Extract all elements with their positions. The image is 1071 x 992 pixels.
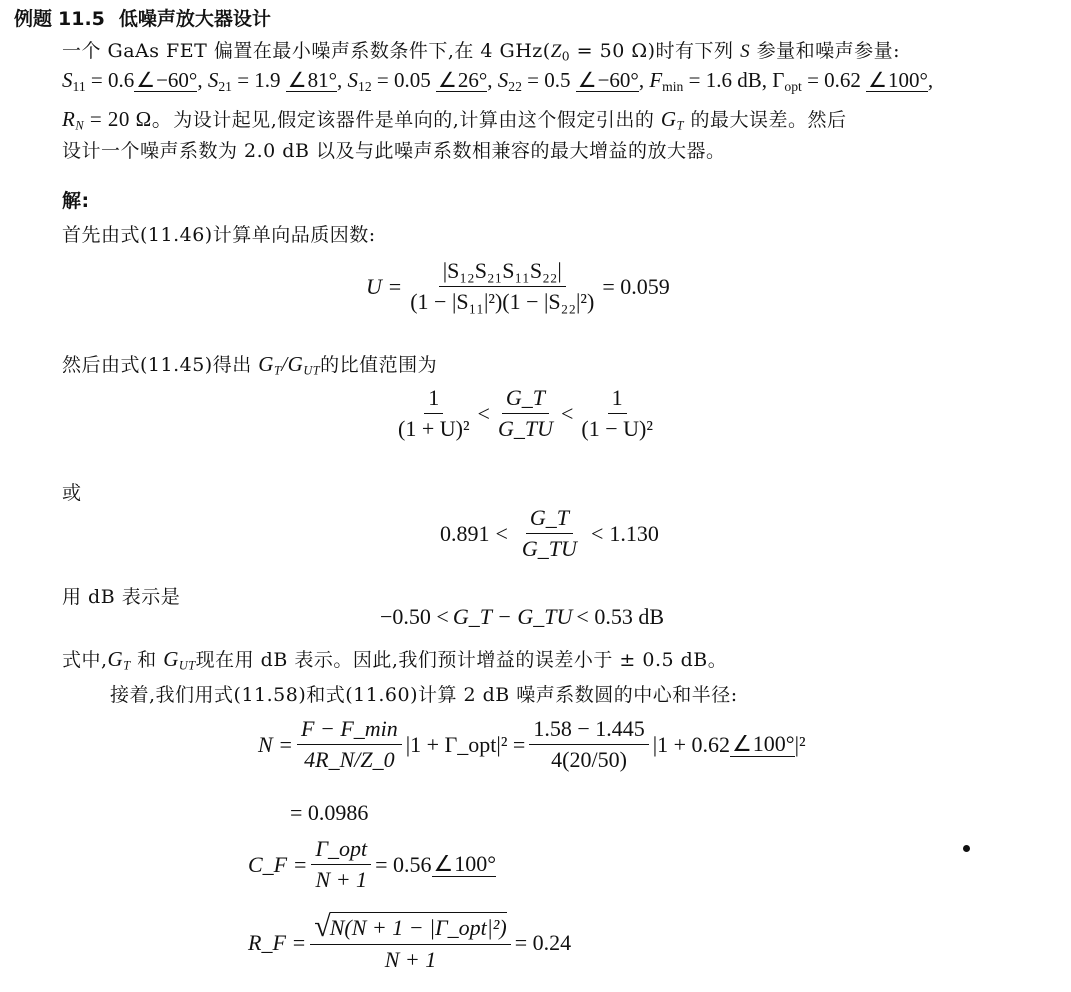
gamma-sub: opt <box>784 79 801 94</box>
cf-num: Γ_opt <box>311 836 371 865</box>
gt-symbol: G <box>258 352 274 376</box>
gain-ratio-fraction: G_T G_TU <box>518 505 581 562</box>
s22-mag: = 0.5 <box>522 68 576 92</box>
problem-text: 参量和噪声参量: <box>750 40 900 62</box>
db-expr: G_T − G_TU <box>453 604 573 630</box>
s11-mag: = 0.6 <box>86 68 135 92</box>
s11-sub: 11 <box>73 79 86 94</box>
n-result: = 0.0986 <box>290 800 368 826</box>
u-result: = 0.059 <box>602 274 669 300</box>
gt-sub: T <box>123 659 130 673</box>
rn-value: = 20 Ω。 <box>84 107 173 131</box>
problem-text: 为设计起见,假定该器件是单向的,计算由这个假定引出的 <box>173 109 661 131</box>
gamma-opt-param: Γopt = 0.62 100° <box>772 68 928 92</box>
rf-num: N(N + 1 − |Γ_opt|²) <box>330 912 507 942</box>
less-than: < <box>496 521 508 547</box>
rn-sub: N <box>75 119 84 133</box>
db-high: < 0.53 dB <box>576 604 664 630</box>
n-fraction-2: 1.58 − 1.445 4(20/50) <box>529 716 648 773</box>
db-intro: 用 dB 表示是 <box>62 582 180 609</box>
s12-sub: 12 <box>358 79 372 94</box>
rf-fraction: √N(N + 1 − |Γ_opt|²) N + 1 <box>310 912 510 973</box>
example-number: 11.5 <box>58 8 105 30</box>
gut-sub: UT <box>303 364 320 378</box>
cf-angle: 100° <box>432 852 497 876</box>
rf-den: N + 1 <box>381 945 441 973</box>
gt-symbol: G <box>661 107 677 131</box>
fmin-symbol: F <box>649 68 662 92</box>
upper-value: 1.130 <box>609 521 659 547</box>
or-label: 或 <box>62 478 82 505</box>
problem-text: 的最大误差。然后 <box>684 109 847 131</box>
example-label: 例题 <box>14 8 52 30</box>
gut-sub: UT <box>179 659 196 673</box>
gain-den: G_TU <box>494 414 557 442</box>
gain-ratio-fraction: G_T G_TU <box>494 385 557 442</box>
s21-sub: 21 <box>218 79 232 94</box>
z0-subscript: 0 <box>562 50 570 64</box>
gamma-mag: = 0.62 <box>802 68 866 92</box>
lower-value: 0.891 <box>440 521 490 547</box>
solution-step-2: 然后由式(11.45)得出 GT/GUT的比值范围为 <box>62 350 437 379</box>
fmin-value: = 1.6 dB <box>683 68 761 92</box>
problem-text: = 50 Ω)时有下列 <box>570 40 740 62</box>
n-tail-end: |² <box>795 732 806 758</box>
n-frac1-num: F − F_min <box>297 716 402 745</box>
less-than: < <box>591 521 603 547</box>
lower-bound-fraction: 1 (1 + U)² <box>394 385 474 442</box>
problem-line-4: 设计一个噪声系数为 2.0 dB 以及与此噪声系数相兼容的最大增益的放大器。 <box>62 136 725 163</box>
s12-mag: = 0.05 <box>372 68 436 92</box>
cf-den: N + 1 <box>312 865 372 893</box>
s12-angle: 26° <box>436 69 487 92</box>
n-tail-angle: 100° <box>730 732 795 756</box>
stray-dot-mark <box>963 845 970 852</box>
rf-lhs: R_F = <box>248 930 306 956</box>
n-tail: |1 + 0.62 <box>653 732 730 758</box>
s11-symbol: S <box>62 68 73 92</box>
s22-sub: 22 <box>508 79 522 94</box>
solution-step-1: 首先由式(11.46)计算单向品质因数: <box>62 220 376 247</box>
u-denominator: (1 − |S₁₁|²)(1 − |S₂₂|²) <box>406 287 598 315</box>
s22-param: S22 = 0.5 −60° <box>498 68 639 92</box>
gt-symbol: G <box>108 647 124 671</box>
s21-mag: = 1.9 <box>232 68 286 92</box>
fmin-param: Fmin = 1.6 dB <box>649 68 761 92</box>
n-frac2-num: 1.58 − 1.445 <box>529 716 648 745</box>
u-numerator: |S₁₂S₂₁S₁₁S₂₂| <box>439 258 566 287</box>
rf-equation: R_F = √N(N + 1 − |Γ_opt|²) N + 1 = 0.24 <box>248 912 571 973</box>
sqrt-icon: √ <box>314 912 330 942</box>
note-text: 式中, <box>62 649 108 671</box>
note-text: 和 <box>131 649 164 671</box>
gut-symbol: G <box>163 647 179 671</box>
s11-angle: −60° <box>134 69 197 92</box>
upper-num: 1 <box>608 385 627 414</box>
problem-line-1: 一个 GaAs FET 偏置在最小噪声系数条件下,在 4 GHz(Z0 = 50… <box>62 36 900 64</box>
example-title: 低噪声放大器设计 <box>119 8 271 30</box>
s21-symbol: S <box>208 68 219 92</box>
db-range: −0.50 < G_T − G_TU < 0.53 dB <box>380 604 664 630</box>
rn-symbol: R <box>62 107 75 131</box>
s12-symbol: S <box>348 68 359 92</box>
cf-equation: C_F = Γ_opt N + 1 = 0.56100° <box>248 836 496 893</box>
n-lhs: N = <box>258 732 293 758</box>
upper-den: (1 − U)² <box>577 414 657 442</box>
fmin-sub: min <box>662 79 683 94</box>
gain-num: G_T <box>502 385 549 414</box>
note-line: 式中,GT 和 GUT现在用 dB 表示。因此,我们预计增益的误差小于 ± 0.… <box>62 645 727 674</box>
gamma-angle: 100° <box>866 69 928 92</box>
n-equation: N = F − F_min 4R_N/Z_0 |1 + Γ_opt|² = 1.… <box>258 716 806 773</box>
s21-param: S21 = 1.9 81° <box>208 68 337 92</box>
n-fraction-1: F − F_min 4R_N/Z_0 <box>297 716 402 773</box>
less-than: < <box>478 401 490 427</box>
n-frac1-den: 4R_N/Z_0 <box>300 745 398 773</box>
cf-lhs: C_F = <box>248 852 307 878</box>
lower-den: (1 + U)² <box>394 414 474 442</box>
rf-result: = 0.24 <box>515 930 571 956</box>
gamma-symbol: Γ <box>772 68 784 92</box>
gut-symbol: /G <box>281 352 303 376</box>
step2-text: 的比值范围为 <box>320 354 437 376</box>
cf-mag: = 0.56 <box>375 852 431 878</box>
ratio-inequality: 1 (1 + U)² < G_T G_TU < 1 (1 − U)² <box>390 385 661 442</box>
s12-param: S12 = 0.05 26° <box>348 68 488 92</box>
solution-step-3: 接着,我们用式(11.58)和式(11.60)计算 2 dB 噪声系数圆的中心和… <box>110 680 738 707</box>
less-than: < <box>561 401 573 427</box>
rf-numerator: √N(N + 1 − |Γ_opt|²) <box>310 912 510 945</box>
example-heading: 例题11.5低噪声放大器设计 <box>14 4 271 31</box>
u-lhs: U = <box>366 274 402 300</box>
lower-num: 1 <box>424 385 443 414</box>
s-parameters-line: S11 = 0.6−60°, S21 = 1.9 81°, S12 = 0.05… <box>62 68 933 95</box>
note-text: 现在用 dB 表示。因此,我们预计增益的误差小于 ± 0.5 dB。 <box>196 649 728 671</box>
problem-line-3: RN = 20 Ω。为设计起见,假定该器件是单向的,计算由这个假定引出的 GT … <box>62 103 846 134</box>
n-frac2-den: 4(20/50) <box>547 745 631 773</box>
cf-fraction: Γ_opt N + 1 <box>311 836 371 893</box>
solution-label: 解: <box>62 186 90 213</box>
upper-bound-fraction: 1 (1 − U)² <box>577 385 657 442</box>
gain-den: G_TU <box>518 534 581 562</box>
s22-symbol: S <box>498 68 509 92</box>
u-equation: U = |S₁₂S₂₁S₁₁S₂₂| (1 − |S₁₁|²)(1 − |S₂₂… <box>366 258 670 315</box>
s21-angle: 81° <box>286 69 337 92</box>
s22-angle: −60° <box>576 69 639 92</box>
gt-sub: T <box>677 119 684 133</box>
n-mid: |1 + Γ_opt|² = <box>406 732 526 758</box>
z0-symbol: Z <box>551 41 562 62</box>
u-fraction: |S₁₂S₂₁S₁₁S₂₂| (1 − |S₁₁|²)(1 − |S₂₂|²) <box>406 258 598 315</box>
s11-param: S11 = 0.6−60° <box>62 68 197 92</box>
problem-text: 一个 GaAs FET 偏置在最小噪声系数条件下,在 4 GHz( <box>62 40 551 62</box>
s-symbol: S <box>740 41 750 62</box>
step2-text: 然后由式(11.45)得出 <box>62 354 258 376</box>
db-low: −0.50 < <box>380 604 449 630</box>
numeric-inequality: 0.891 < G_T G_TU < 1.130 <box>440 505 659 562</box>
gain-num: G_T <box>526 505 573 534</box>
